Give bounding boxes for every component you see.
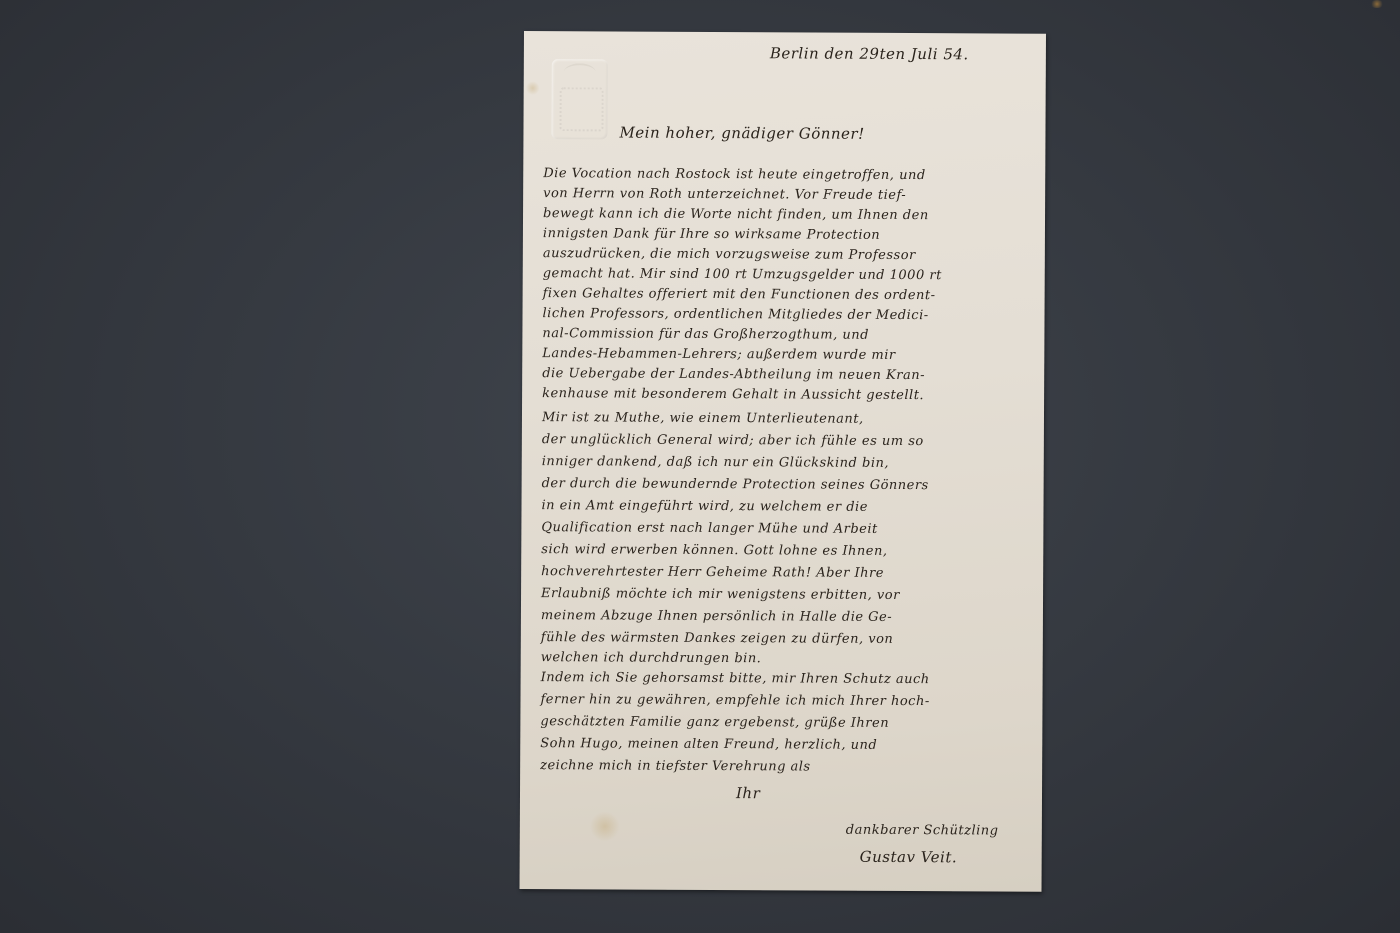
body-line: der unglücklich General wird; aber ich f… (542, 432, 924, 449)
body-line: in ein Amt eingeführt wird, zu welchem e… (541, 498, 867, 515)
paper-stain (590, 811, 620, 841)
body-line: kenhause mit besonderem Gehalt in Aussic… (542, 386, 924, 403)
embossed-crest-icon (551, 59, 607, 139)
body-line: Mir ist zu Muthe, wie einem Unterlieuten… (542, 410, 864, 427)
body-line: zeichne mich in tiefster Verehrung als (540, 758, 811, 774)
body-line: fühle des wärmsten Dankes zeigen zu dürf… (541, 630, 894, 647)
background-speck (1370, 0, 1384, 8)
body-line: Landes-Hebammen-Lehrers; außerdem wurde … (542, 346, 895, 363)
body-line: bewegt kann ich die Worte nicht finden, … (543, 206, 929, 223)
body-line: meinem Abzuge Ihnen persönlich in Halle … (541, 608, 892, 625)
body-line: nal-Commission für das Großherzogthum, u… (542, 326, 869, 343)
body-line: innigsten Dank für Ihre so wirksame Prot… (543, 226, 880, 243)
body-line: lichen Professors, ordentlichen Mitglied… (542, 306, 928, 323)
body-line: ferner hin zu gewähren, empfehle ich mic… (540, 692, 929, 709)
crown-emboss (564, 63, 596, 81)
letter-dateline: Berlin den 29ten Juli 54. (770, 44, 969, 63)
body-line: geschätzten Familie ganz ergebenst, grüß… (540, 714, 889, 731)
shield-emboss (559, 87, 603, 131)
signature-name: Gustav Veit. (860, 848, 958, 867)
body-line: Qualification erst nach langer Mühe und … (541, 520, 877, 537)
paper-stain (526, 81, 540, 95)
letter-salutation: Mein hoher, gnädiger Gönner! (619, 124, 864, 143)
signature-line-1: dankbarer Schützling (846, 823, 999, 839)
body-line: die Uebergabe der Landes-Abtheilung im n… (542, 366, 925, 383)
body-line: fixen Gehaltes offeriert mit den Functio… (543, 286, 936, 303)
body-line: Sohn Hugo, meinen alten Freund, herzlich… (540, 736, 877, 753)
body-line: der durch die bewundernde Protection sei… (542, 476, 929, 493)
body-line: welchen ich durchdrungen bin. (541, 650, 762, 666)
letter-closing: Ihr (736, 784, 760, 802)
body-line: Erlaubniß möchte ich mir wenigstens erbi… (541, 586, 900, 603)
letter-sheet: Berlin den 29ten Juli 54. Mein hoher, gn… (520, 31, 1046, 892)
body-line: gemacht hat. Mir sind 100 rt Umzugsgelde… (543, 266, 942, 283)
body-line: Die Vocation nach Rostock ist heute eing… (543, 166, 925, 183)
body-line: hochverehrtester Herr Geheime Rath! Aber… (541, 564, 884, 581)
body-line: sich wird erwerben können. Gott lohne es… (541, 542, 887, 559)
body-line: inniger dankend, daß ich nur ein Glücksk… (542, 454, 889, 471)
body-line: auszudrücken, die mich vorzugsweise zum … (543, 246, 916, 263)
body-line: Indem ich Sie gehorsamst bitte, mir Ihre… (541, 670, 930, 687)
body-line: von Herrn von Roth unterzeichnet. Vor Fr… (543, 186, 906, 203)
